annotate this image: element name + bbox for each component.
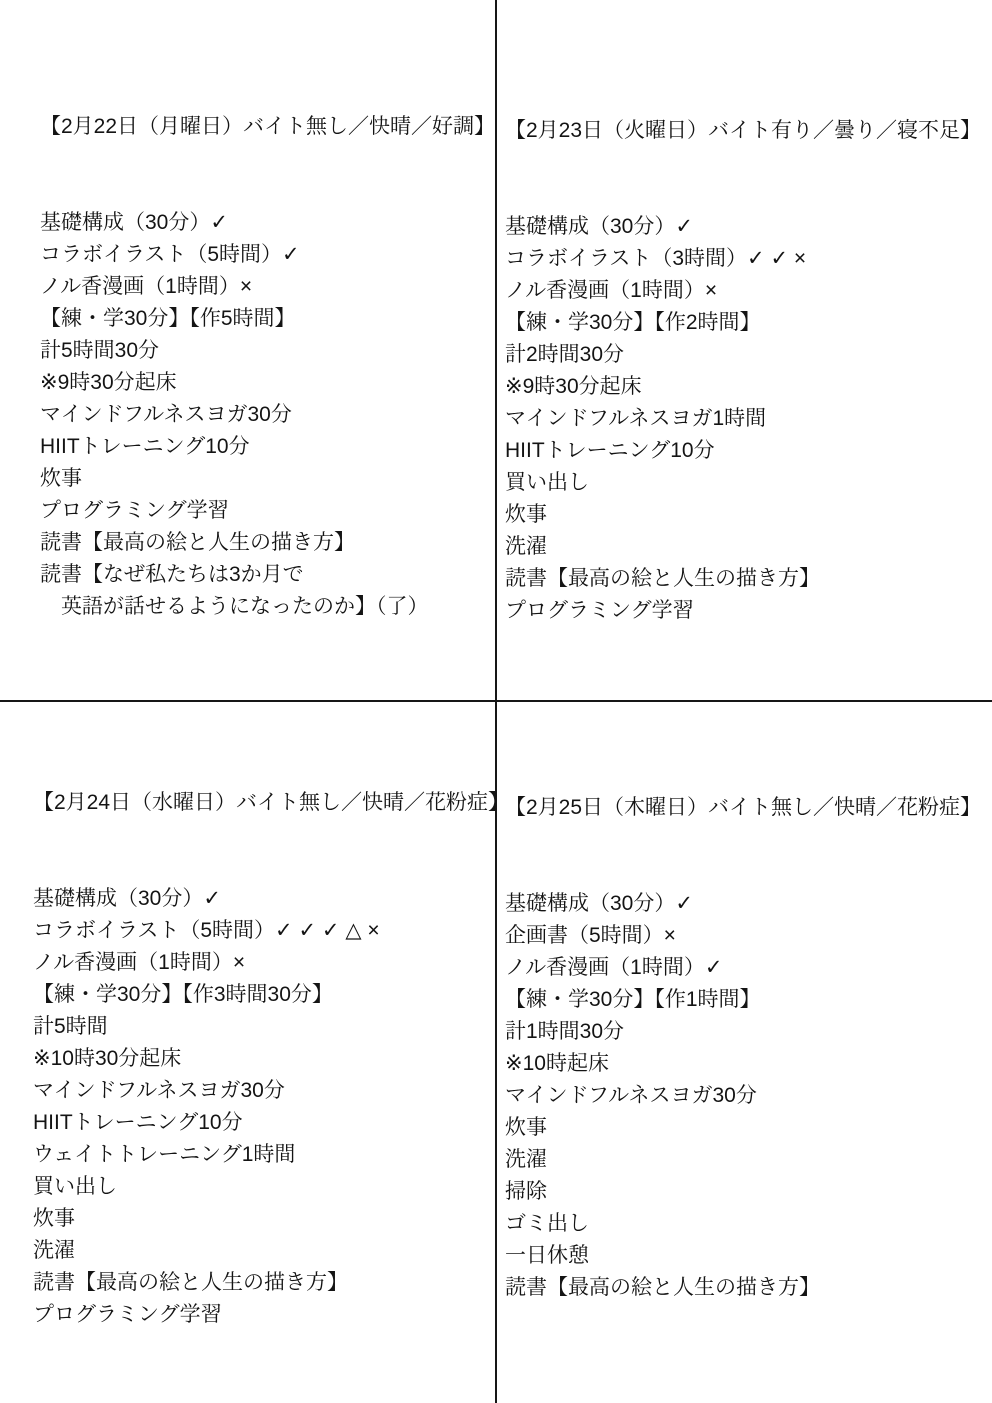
day-entry-title: 【2月23日（火曜日）バイト有り／曇り／寝不足】 — [505, 115, 987, 147]
log-line: 【練・学30分】【作2時間】 — [505, 307, 987, 339]
log-line: 買い出し — [33, 1171, 490, 1203]
log-line: 洗濯 — [33, 1235, 490, 1267]
log-line: コラボイラスト（5時間）✓ — [40, 239, 490, 271]
log-line: マインドフルネスヨガ30分 — [33, 1075, 490, 1107]
log-line: HIITトレーニング10分 — [505, 435, 987, 467]
log-line: 計2時間30分 — [505, 339, 987, 371]
log-line: 読書【最高の絵と人生の描き方】 — [505, 563, 987, 595]
log-line: ※10時起床 — [505, 1048, 987, 1080]
log-line: 英語が話せるようになったのか】（了） — [40, 591, 490, 623]
log-line: ノル香漫画（1時間）✓ — [505, 952, 987, 984]
log-line: 基礎構成（30分）✓ — [505, 211, 987, 243]
log-line: 基礎構成（30分）✓ — [33, 883, 490, 915]
log-line: 炊事 — [505, 1112, 987, 1144]
log-line: 一日休憩 — [505, 1240, 987, 1272]
log-line: HIITトレーニング10分 — [40, 431, 490, 463]
log-line: ノル香漫画（1時間）× — [40, 271, 490, 303]
log-line: マインドフルネスヨガ30分 — [40, 399, 490, 431]
log-line: 掃除 — [505, 1176, 987, 1208]
log-line: 計1時間30分 — [505, 1016, 987, 1048]
log-line: ※9時30分起床 — [40, 367, 490, 399]
log-line: プログラミング学習 — [33, 1299, 490, 1331]
log-line: マインドフルネスヨガ30分 — [505, 1080, 987, 1112]
horizontal-divider-line — [0, 700, 992, 702]
day-entry-feb25: 【2月25日（木曜日）バイト無し／快晴／花粉症】 基礎構成（30分）✓企画書（5… — [505, 728, 987, 1368]
log-line: 買い出し — [505, 467, 987, 499]
day-entry-lines: 基礎構成（30分）✓企画書（5時間）×ノル香漫画（1時間）✓【練・学30分】【作… — [505, 888, 987, 1304]
log-line: プログラミング学習 — [505, 595, 987, 627]
log-line: 洗濯 — [505, 531, 987, 563]
log-line: 読書【最高の絵と人生の描き方】 — [40, 527, 490, 559]
log-line: 計5時間30分 — [40, 335, 490, 367]
log-line: 基礎構成（30分）✓ — [40, 207, 490, 239]
log-line: 計5時間 — [33, 1011, 490, 1043]
log-line: マインドフルネスヨガ1時間 — [505, 403, 987, 435]
log-line: 【練・学30分】【作3時間30分】 — [33, 979, 490, 1011]
log-line: 洗濯 — [505, 1144, 987, 1176]
log-line: 炊事 — [40, 463, 490, 495]
log-line: 読書【最高の絵と人生の描き方】 — [33, 1267, 490, 1299]
log-line: 炊事 — [505, 499, 987, 531]
log-line: 【練・学30分】【作1時間】 — [505, 984, 987, 1016]
day-entry-lines: 基礎構成（30分）✓コラボイラスト（5時間）✓ノル香漫画（1時間）×【練・学30… — [40, 207, 490, 623]
log-line: HIITトレーニング10分 — [33, 1107, 490, 1139]
log-line: 炊事 — [33, 1203, 490, 1235]
day-entry-feb23: 【2月23日（火曜日）バイト有り／曇り／寝不足】 基礎構成（30分）✓コラボイラ… — [505, 51, 987, 691]
day-entry-title: 【2月25日（木曜日）バイト無し／快晴／花粉症】 — [505, 792, 987, 824]
log-line: ※9時30分起床 — [505, 371, 987, 403]
day-entry-feb22: 【2月22日（月曜日）バイト無し／快晴／好調】 基礎構成（30分）✓コラボイラス… — [40, 47, 490, 687]
log-line: ノル香漫画（1時間）× — [33, 947, 490, 979]
log-line: プログラミング学習 — [40, 495, 490, 527]
log-line: ノル香漫画（1時間）× — [505, 275, 987, 307]
log-line: ※10時30分起床 — [33, 1043, 490, 1075]
log-line: 企画書（5時間）× — [505, 920, 987, 952]
day-entry-title: 【2月24日（水曜日）バイト無し／快晴／花粉症】 — [33, 787, 490, 819]
day-entry-lines: 基礎構成（30分）✓コラボイラスト（5時間）✓ ✓ ✓ △ ×ノル香漫画（1時間… — [33, 883, 490, 1331]
day-entry-feb24: 【2月24日（水曜日）バイト無し／快晴／花粉症】 基礎構成（30分）✓コラボイラ… — [33, 723, 490, 1395]
log-line: 【練・学30分】【作5時間】 — [40, 303, 490, 335]
log-line: コラボイラスト（3時間）✓ ✓ × — [505, 243, 987, 275]
log-line: ウェイトトレーニング1時間 — [33, 1139, 490, 1171]
journal-page: 【2月22日（月曜日）バイト無し／快晴／好調】 基礎構成（30分）✓コラボイラス… — [0, 0, 992, 1403]
log-line: 読書【最高の絵と人生の描き方】 — [505, 1272, 987, 1304]
day-entry-title: 【2月22日（月曜日）バイト無し／快晴／好調】 — [40, 111, 490, 143]
log-line: 基礎構成（30分）✓ — [505, 888, 987, 920]
day-entry-lines: 基礎構成（30分）✓コラボイラスト（3時間）✓ ✓ ×ノル香漫画（1時間）×【練… — [505, 211, 987, 627]
log-line: コラボイラスト（5時間）✓ ✓ ✓ △ × — [33, 915, 490, 947]
log-line: 読書【なぜ私たちは3か月で — [40, 559, 490, 591]
log-line: ゴミ出し — [505, 1208, 987, 1240]
